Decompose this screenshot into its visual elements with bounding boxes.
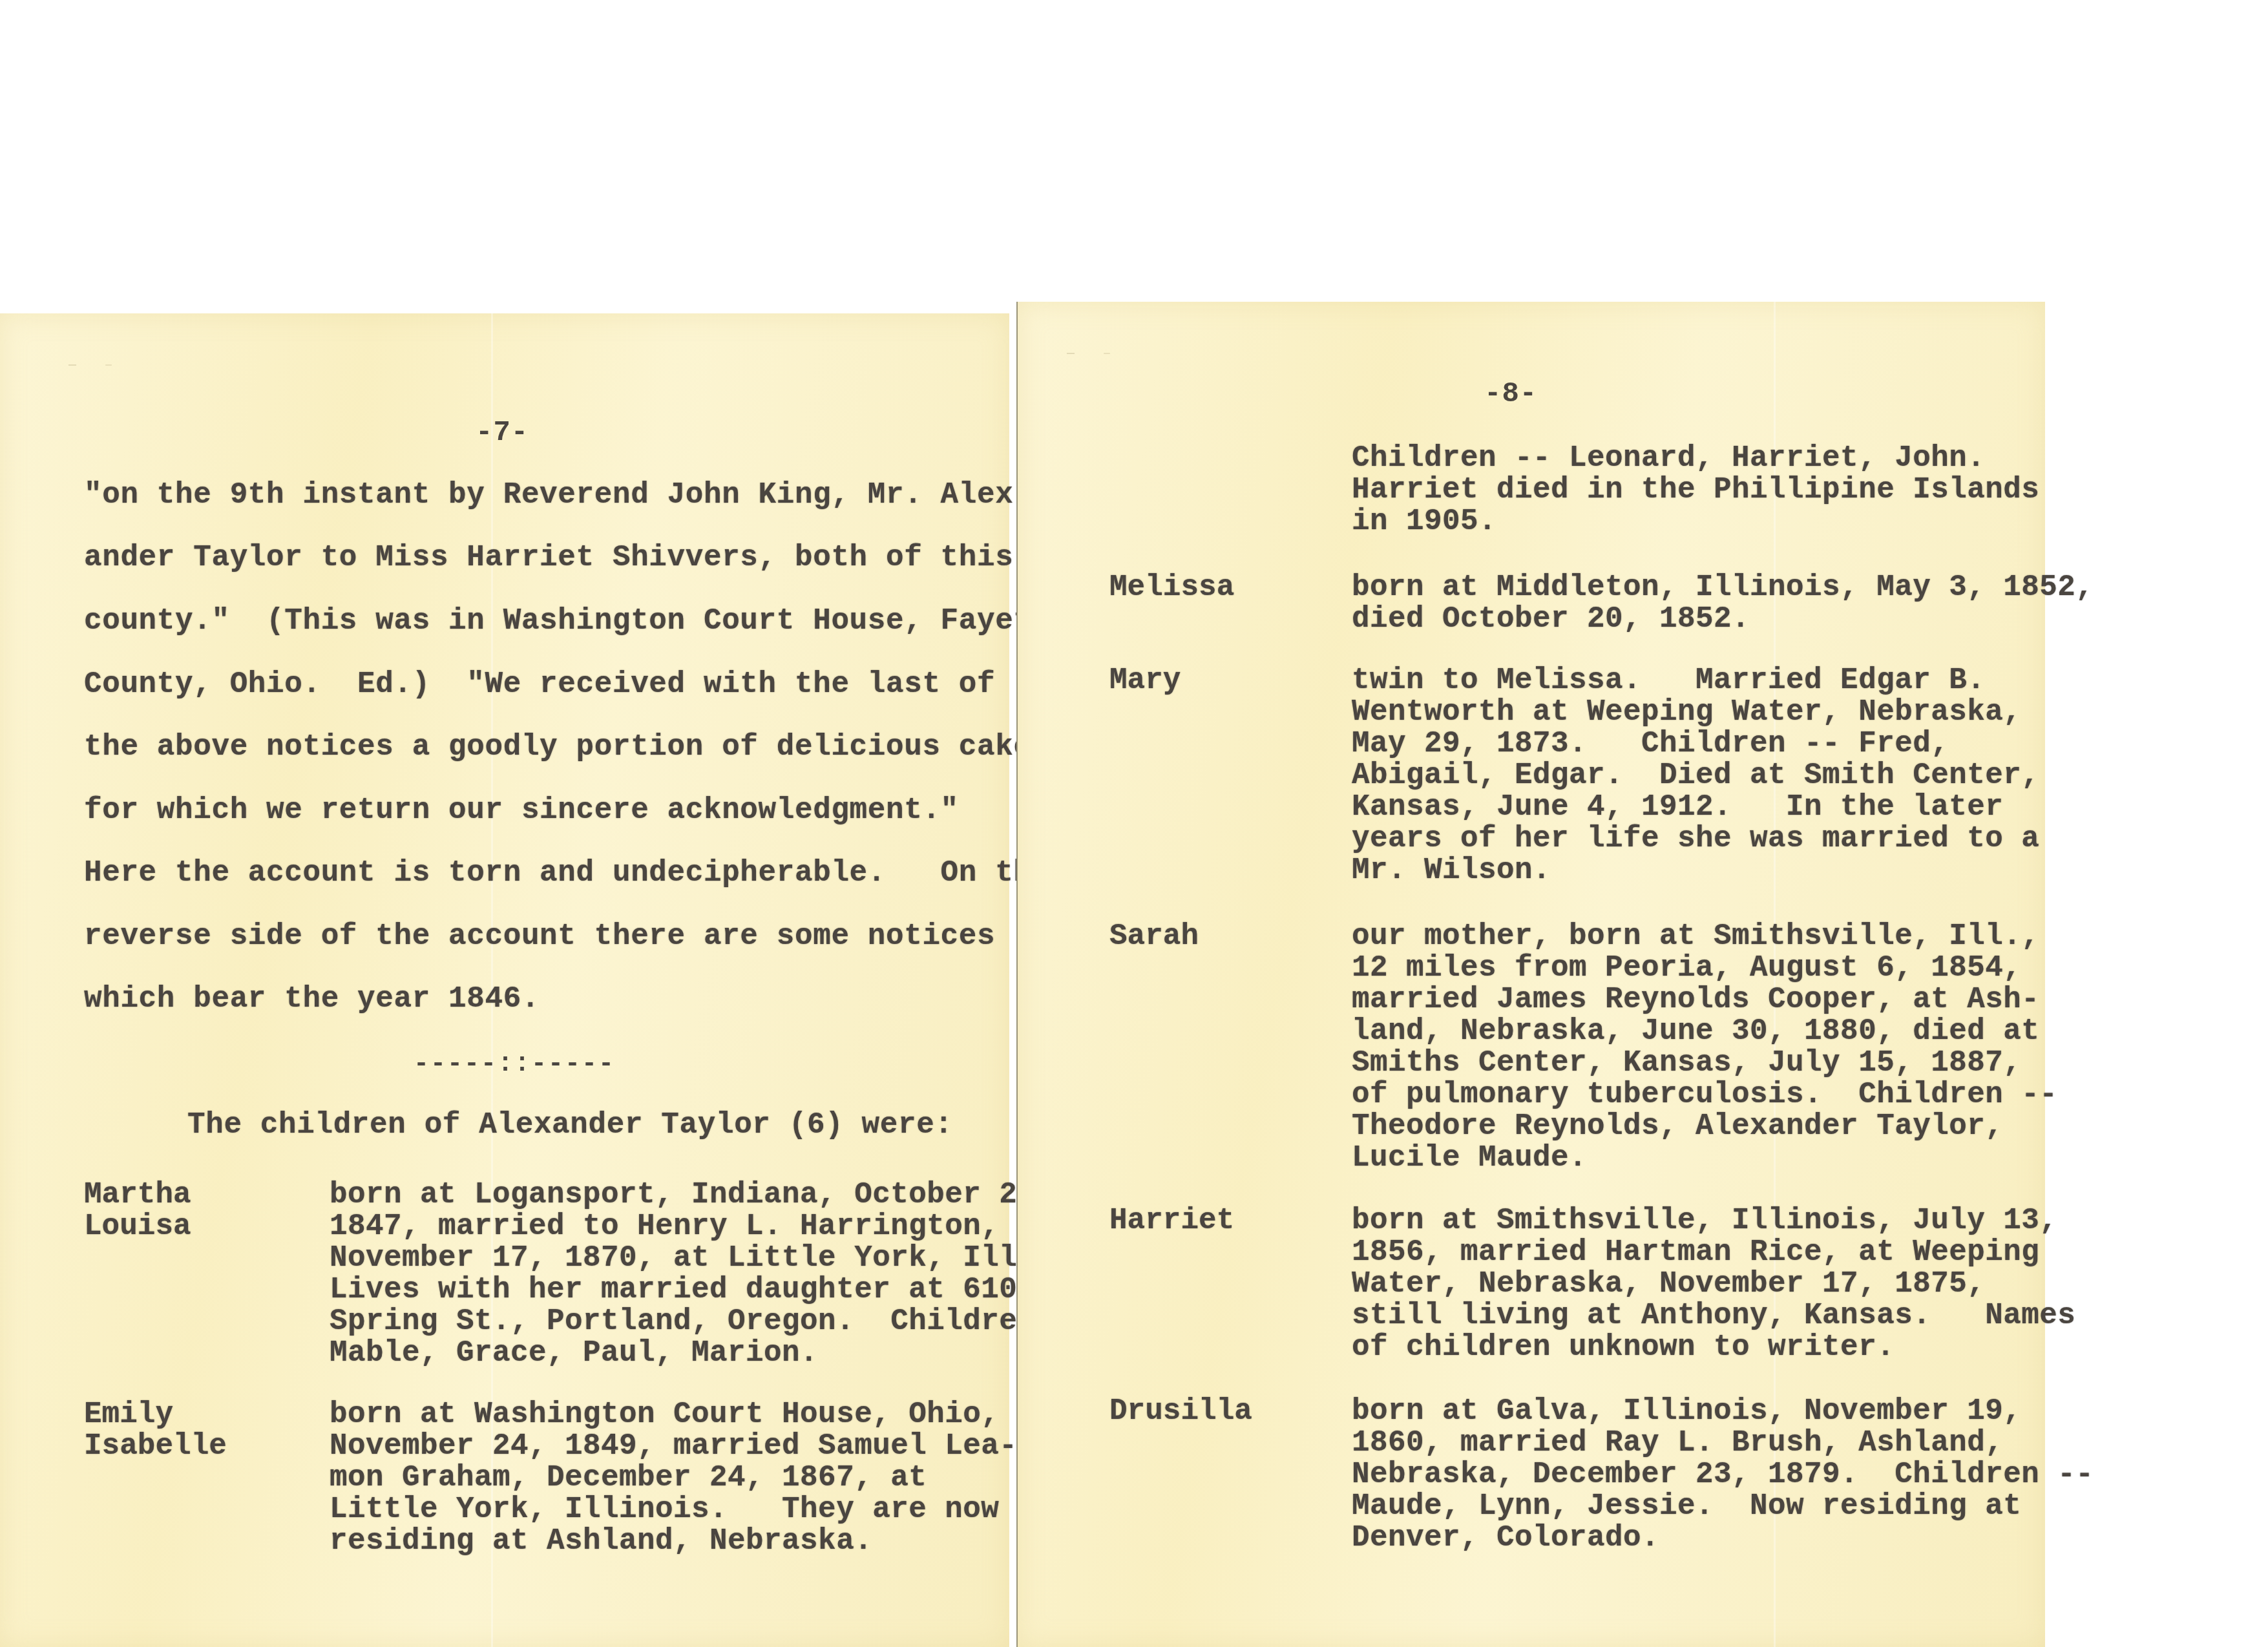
- paragraph-line: for which we return our sincere acknowle…: [84, 793, 959, 827]
- child-details: our mother, born at Smithsville, Ill., 1…: [1352, 921, 2057, 1174]
- child-name: Drusilla: [1109, 1396, 1252, 1427]
- child-details: born at Smithsville, Illinois, July 13, …: [1352, 1205, 2075, 1363]
- paragraph-line: "on the 9th instant by Reverend John Kin…: [84, 478, 1032, 512]
- pencil-mark: [1044, 341, 1134, 366]
- child-name: Martha Louisa: [84, 1179, 191, 1243]
- child-details: twin to Melissa. Married Edgar B. Wentwo…: [1352, 665, 2039, 886]
- child-name: Emily Isabelle: [84, 1399, 227, 1462]
- child-details: born at Middleton, Illinois, May 3, 1852…: [1352, 572, 2094, 635]
- child-details: born at Washington Court House, Ohio, No…: [330, 1399, 1017, 1557]
- page-7: -7- "on the 9th instant by Reverend John…: [0, 313, 1009, 1647]
- page-8: -8- Children -- Leonard, Harriet, John. …: [1016, 302, 2045, 1647]
- page-number: -7-: [476, 417, 529, 449]
- paragraph-line: county." (This was in Washington Court H…: [84, 604, 1068, 638]
- paragraph-line: Here the account is torn and undeciphera…: [84, 856, 1050, 890]
- paragraph-line: reverse side of the account there are so…: [84, 919, 995, 953]
- pencil-mark: [45, 352, 136, 378]
- child-details: born at Logansport, Indiana, October 23,…: [330, 1179, 1089, 1369]
- page-number: -8-: [1484, 378, 1537, 410]
- children-intro: The children of Alexander Taylor (6) wer…: [187, 1108, 953, 1142]
- child-name: Mary: [1109, 665, 1181, 697]
- child-name: Melissa: [1109, 572, 1234, 603]
- section-separator: -----::-----: [414, 1050, 615, 1079]
- continuation-lines: Children -- Leonard, Harriet, John. Harr…: [1352, 443, 2039, 538]
- child-name: Sarah: [1109, 921, 1199, 952]
- child-details: born at Galva, Illinois, November 19, 18…: [1352, 1396, 2094, 1554]
- child-name: Harriet: [1109, 1205, 1234, 1237]
- paragraph-line: which bear the year 1846.: [84, 982, 540, 1016]
- paragraph-line: ander Taylor to Miss Harriet Shivvers, b…: [84, 541, 1013, 574]
- paragraph-line: County, Ohio. Ed.) "We received with the…: [84, 667, 995, 701]
- paragraph-line: the above notices a goodly portion of de…: [84, 730, 1050, 764]
